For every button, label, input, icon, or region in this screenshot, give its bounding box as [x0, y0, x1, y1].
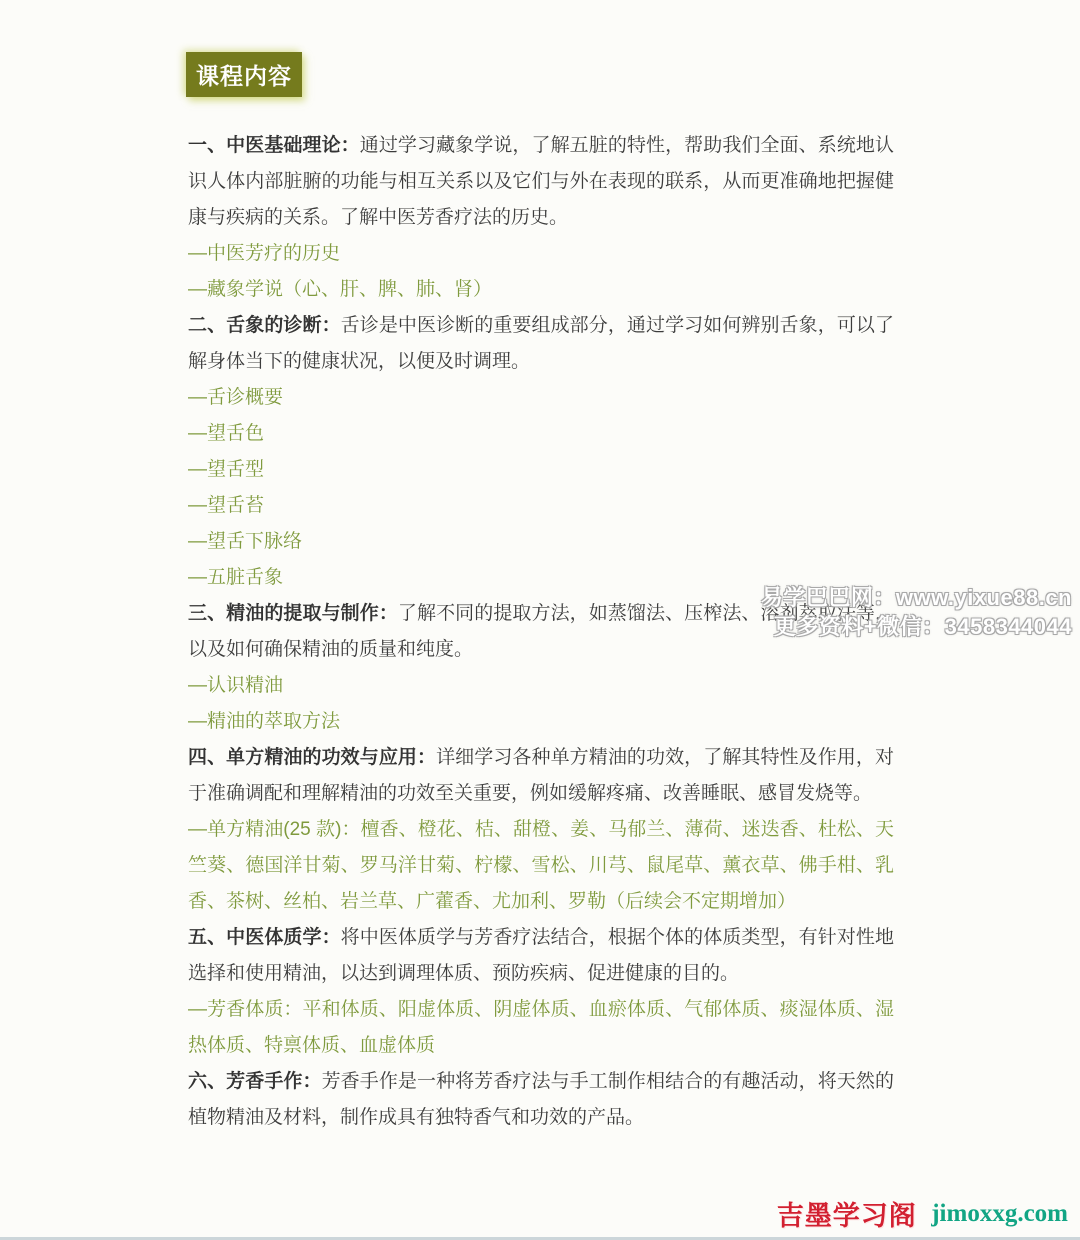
watermark-line-2: 更多资料+微信：3458344044	[761, 612, 1072, 641]
section-2-item-1: —舌诊概要	[188, 380, 894, 416]
section-6-paragraph: 六、芳香手作：芳香手作是一种将芳香疗法与手工制作相结合的有趣活动，将天然的植物精…	[188, 1064, 894, 1136]
section-2-item-3: —望舌型	[188, 452, 894, 488]
section-1-item-2: —藏象学说（心、肝、脾、肺、肾）	[188, 272, 894, 308]
section-3-item-2: —精油的萃取方法	[188, 704, 894, 740]
site-footer: 吉墨学习阁 jimoxxg.com	[777, 1194, 1068, 1233]
course-content-badge: 课程内容	[186, 52, 302, 97]
section-5-item-1: —芳香体质：平和体质、阳虚体质、阴虚体质、血瘀体质、气郁体质、痰湿体质、湿热体质…	[188, 992, 894, 1064]
section-5-paragraph: 五、中医体质学：将中医体质学与芳香疗法结合，根据个体的体质类型，有针对性地选择和…	[188, 920, 894, 992]
section-2-heading: 二、舌象的诊断：	[188, 315, 341, 336]
section-6-heading: 六、芳香手作：	[188, 1071, 322, 1092]
site-url: jimoxxg.com	[931, 1200, 1068, 1227]
section-2-item-4: —望舌苔	[188, 488, 894, 524]
section-3-heading: 三、精油的提取与制作：	[188, 603, 398, 624]
section-1-item-1: —中医芳疗的历史	[188, 236, 894, 272]
section-2-paragraph: 二、舌象的诊断：舌诊是中医诊断的重要组成部分，通过学习如何辨别舌象，可以了解身体…	[188, 308, 894, 380]
watermark-line-1: 易学巴巴网：www.yixue88.cn	[761, 583, 1072, 612]
section-2-item-5: —望舌下脉络	[188, 524, 894, 560]
section-5-heading: 五、中医体质学：	[188, 927, 341, 948]
section-2-item-2: —望舌色	[188, 416, 894, 452]
section-4-heading: 四、单方精油的功效与应用：	[188, 747, 436, 768]
section-1-paragraph: 一、中医基础理论：通过学习藏象学说，了解五脏的特性，帮助我们全面、系统地认识人体…	[188, 128, 894, 236]
section-4-paragraph: 四、单方精油的功效与应用：详细学习各种单方精油的功效，了解其特性及作用，对于准确…	[188, 740, 894, 812]
section-4-item-1: —单方精油(25 款)：檀香、橙花、桔、甜橙、姜、马郁兰、薄荷、迷迭香、杜松、天…	[188, 812, 894, 920]
watermark: 易学巴巴网：www.yixue88.cn 更多资料+微信：3458344044	[761, 583, 1072, 641]
site-name: 吉墨学习阁	[777, 1201, 917, 1231]
section-3-item-1: —认识精油	[188, 668, 894, 704]
course-content-document: 课程内容 一、中医基础理论：通过学习藏象学说，了解五脏的特性，帮助我们全面、系统…	[0, 0, 1080, 1240]
section-1-heading: 一、中医基础理论：	[188, 135, 360, 156]
